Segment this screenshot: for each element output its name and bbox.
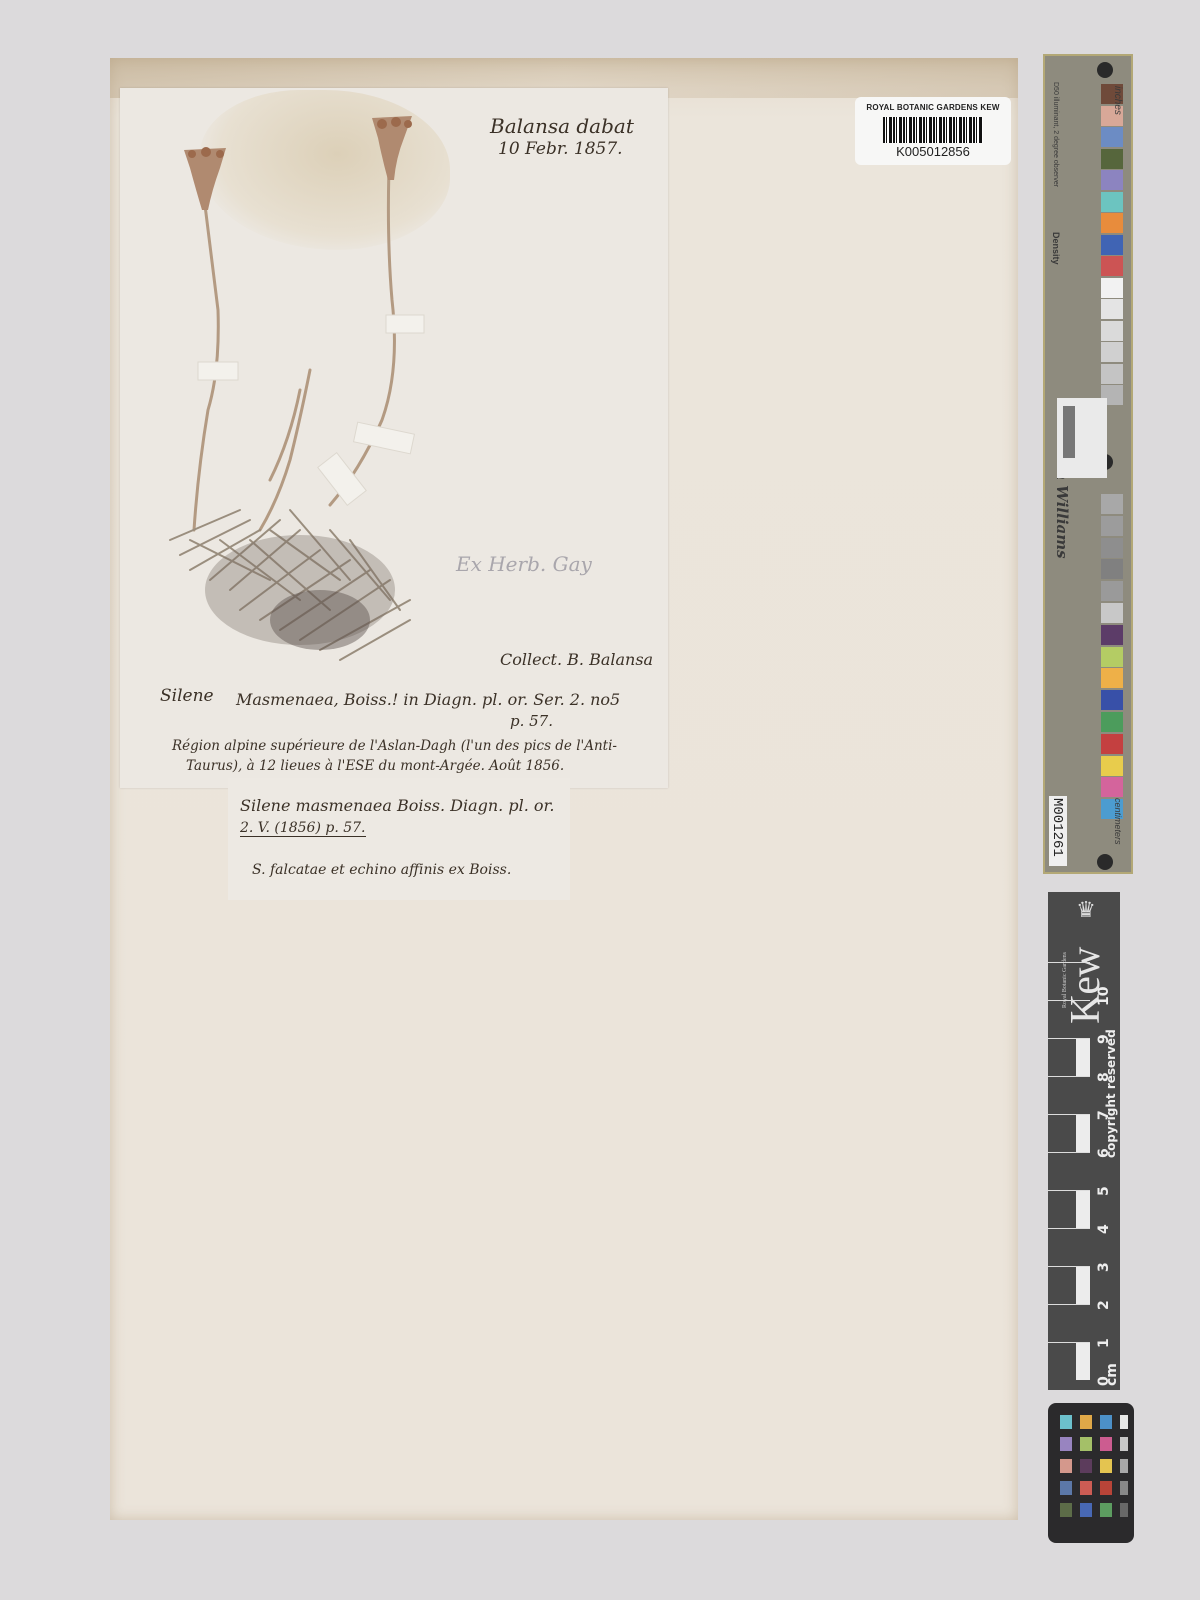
checker-chip: [1100, 1503, 1112, 1517]
color-swatch: [1101, 278, 1123, 298]
scale-illuminant-note: D50 illuminant, 2 degree observer: [1052, 82, 1059, 187]
ruler-caption: copyright reserved: [1104, 1029, 1118, 1158]
color-swatch: [1101, 149, 1123, 169]
main-label-genus: Silene: [160, 686, 214, 706]
ruler-unit: cm: [1104, 1363, 1120, 1386]
color-swatch: [1101, 299, 1123, 319]
color-swatch: [1101, 321, 1123, 341]
color-swatch: [1101, 712, 1123, 732]
checker-chip: [1080, 1437, 1092, 1451]
ruler-tick: [1048, 1304, 1090, 1342]
resolution-target: [1057, 398, 1107, 478]
color-swatch: [1101, 516, 1123, 536]
checker-chip: [1080, 1481, 1092, 1495]
color-swatch: [1101, 538, 1123, 558]
scale-hole-bottom: [1097, 854, 1113, 870]
ruler-number: 1: [1096, 1338, 1112, 1348]
main-label-locality-1: Région alpine supérieure de l'Aslan-Dagh…: [172, 738, 617, 754]
checker-grey-chip: [1120, 1503, 1128, 1517]
ruler-number: 2: [1096, 1300, 1112, 1310]
checker-chip: [1100, 1481, 1112, 1495]
checker-grey-chip: [1120, 1415, 1128, 1429]
color-swatch: [1101, 756, 1123, 776]
ruler-tick: [1048, 1152, 1090, 1190]
collector-note: Collect. B. Balansa: [500, 650, 653, 669]
ruler-light-block: [1076, 1038, 1090, 1076]
color-swatch: [1101, 494, 1123, 514]
scale-hole-top: [1097, 62, 1113, 78]
color-swatch: [1101, 777, 1123, 797]
checker-chip: [1060, 1415, 1072, 1429]
checker-chip: [1060, 1437, 1072, 1451]
main-label-locality-2: Taurus), à 12 lieues à l'ESE du mont-Arg…: [186, 758, 564, 774]
barcode-icon: [883, 117, 983, 143]
donor-note-line2: 10 Febr. 1857.: [498, 139, 623, 159]
color-checker: [1048, 1403, 1134, 1543]
color-swatch: [1101, 213, 1123, 233]
ruler-tick: [1048, 1076, 1090, 1114]
color-swatch: [1101, 127, 1123, 147]
checker-chip: [1080, 1459, 1092, 1473]
color-swatch: [1101, 647, 1123, 667]
determination-line1: Silene masmenaea Boiss. Diagn. pl. or.: [240, 796, 554, 815]
color-swatch: [1101, 192, 1123, 212]
kew-ruler: ♛ Kew Royal Botanic Gardens 012345678910…: [1048, 892, 1120, 1390]
checker-grey-chip: [1120, 1481, 1128, 1495]
checker-chip: [1060, 1481, 1072, 1495]
color-swatch: [1101, 170, 1123, 190]
color-scale-bar: inches D50 illuminant, 2 degree observer…: [1043, 54, 1133, 874]
target-wedge: [1063, 406, 1075, 458]
ruler-light-block: [1076, 1190, 1090, 1228]
color-swatch: [1101, 734, 1123, 754]
main-label-species: Masmenaea, Boiss.! in Diagn. pl. or. Ser…: [236, 690, 620, 709]
determination-line2: 2. V. (1856) p. 57.: [240, 820, 366, 837]
ruler-light-block: [1076, 1342, 1090, 1380]
main-label-page: p. 57.: [510, 712, 553, 730]
scale-density-label: Density: [1051, 232, 1061, 265]
checker-chip: [1060, 1503, 1072, 1517]
checker-chip: [1080, 1503, 1092, 1517]
color-swatch: [1101, 603, 1123, 623]
ruler-tick: [1048, 1228, 1090, 1266]
determination-line3: S. falcatae et echino affinis ex Boiss.: [252, 862, 511, 878]
ruler-light-block: [1076, 1266, 1090, 1304]
ruler-light-block: [1076, 1114, 1090, 1152]
ruler-number: 4: [1096, 1224, 1112, 1234]
ruler-number: 10: [1096, 987, 1112, 1006]
ruler-tick: [1048, 962, 1090, 1000]
color-swatch: [1101, 690, 1123, 710]
color-swatch: [1101, 581, 1123, 601]
scale-header-units: inches: [1112, 86, 1123, 115]
donor-note-line1: Balansa dabat: [490, 114, 634, 138]
barcode-number: K005012856: [855, 144, 1011, 159]
color-swatch: [1101, 625, 1123, 645]
ruler-number: 5: [1096, 1186, 1112, 1196]
color-swatch: [1101, 559, 1123, 579]
color-swatch: [1101, 364, 1123, 384]
checker-chip: [1060, 1459, 1072, 1473]
barcode-label: ROYAL BOTANIC GARDENS KEW K005012856: [855, 97, 1011, 165]
color-swatch: [1101, 256, 1123, 276]
institution-label: ROYAL BOTANIC GARDENS KEW: [855, 103, 1011, 112]
scale-id: M001261: [1049, 798, 1065, 857]
checker-grey-chip: [1120, 1459, 1128, 1473]
kew-crest-icon: ♛: [1070, 896, 1102, 924]
color-swatch: [1101, 668, 1123, 688]
checker-chip: [1100, 1415, 1112, 1429]
herbarium-stamp: Ex Herb. Gay: [456, 552, 592, 576]
checker-chip: [1080, 1415, 1092, 1429]
checker-chip: [1100, 1437, 1112, 1451]
checker-chip: [1100, 1459, 1112, 1473]
ruler-number: 3: [1096, 1262, 1112, 1272]
scale-id-label: M001261: [1049, 796, 1067, 866]
scale-footer-units: centimeters: [1113, 798, 1123, 845]
color-swatch: [1101, 342, 1123, 362]
ruler-tick: [1048, 1000, 1090, 1038]
checker-grey-chip: [1120, 1437, 1128, 1451]
plant-specimen-image: [150, 110, 450, 690]
color-swatch: [1101, 235, 1123, 255]
